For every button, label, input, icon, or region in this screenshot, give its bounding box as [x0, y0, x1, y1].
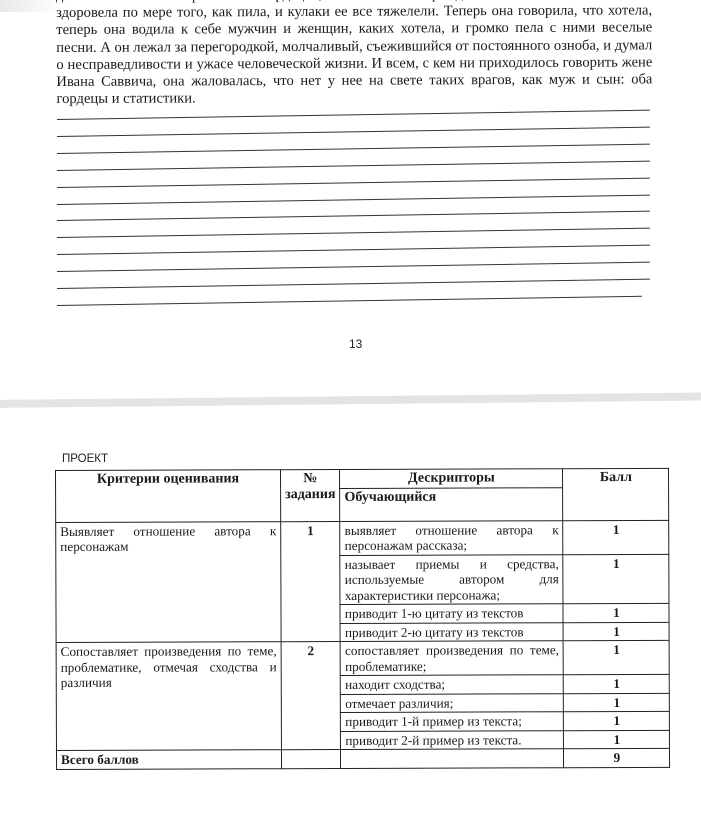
descriptor-cell: выявляет отношение автора к персонажам р… — [340, 520, 563, 555]
total-desc-cell — [341, 749, 564, 768]
paragraph-text: здоровела по мере того, как пила, и кула… — [56, 3, 652, 109]
table-row: Выявляет отношение автора к персонажам1в… — [56, 520, 670, 556]
criterion-cell: Выявляет отношение автора к персонажам — [56, 521, 281, 642]
score-cell: 1 — [564, 693, 670, 712]
total-row: Всего баллов 9 — [56, 748, 669, 769]
descriptor-cell: приводит 1-ю цитату из текстов — [340, 604, 563, 623]
answer-line — [57, 296, 642, 306]
answer-line — [57, 245, 650, 255]
answer-line — [57, 194, 650, 204]
answer-line — [57, 110, 650, 120]
table-header-row: Критерии оценивания № задания Дескриптор… — [56, 468, 669, 489]
answer-line — [57, 279, 650, 289]
total-task-cell — [281, 750, 340, 769]
answer-line — [57, 127, 650, 137]
header-descriptors: Дескрипторы — [340, 469, 563, 488]
descriptor-cell: отмечает различия; — [341, 693, 564, 712]
score-cell: 1 — [563, 554, 669, 604]
descriptor-cell: находит сходства; — [341, 675, 564, 694]
page-number: 13 — [349, 337, 362, 351]
score-cell: 1 — [564, 674, 670, 693]
score-cell: 1 — [564, 711, 670, 730]
task-number-cell: 1 — [281, 521, 341, 642]
score-cell: 1 — [564, 640, 670, 674]
score-cell: 1 — [564, 730, 670, 749]
descriptor-cell: приводит 2-ю цитату из текстов — [340, 622, 563, 641]
rubric-table: Критерии оценивания № задания Дескриптор… — [55, 468, 670, 770]
answer-line — [57, 143, 650, 153]
score-cell: 1 — [563, 520, 669, 554]
answer-line — [57, 177, 650, 187]
header-score: Балл — [563, 468, 669, 520]
total-score: 9 — [564, 748, 670, 767]
previous-page: длинноволосых безобразников и гордецов, … — [0, 0, 701, 400]
total-label: Всего баллов — [56, 750, 281, 769]
scan-shadow — [0, 0, 60, 12]
answer-line — [57, 160, 650, 170]
rubric-body: Выявляет отношение автора к персонажам1в… — [56, 520, 670, 751]
descriptor-cell: называет приемы и средства, используемые… — [340, 554, 563, 604]
answer-line — [57, 228, 650, 238]
header-task-number: № задания — [281, 470, 341, 522]
table-row: Сопоставляет произведения по теме, пробл… — [56, 640, 670, 676]
answer-line — [57, 211, 650, 221]
criterion-cell: Сопоставляет произведения по теме, пробл… — [56, 642, 281, 751]
project-label: ПРОЕКТ — [62, 453, 108, 465]
story-excerpt: длинноволосых безобразников и гордецов, … — [56, 0, 653, 108]
descriptor-cell: приводит 1-й пример из текста; — [341, 712, 564, 731]
score-cell: 1 — [563, 622, 669, 641]
descriptor-cell: приводит 2-й пример из текста. — [341, 730, 564, 749]
answer-line — [57, 262, 650, 272]
task-number-cell: 2 — [281, 642, 341, 750]
header-descriptors-sub: Обучающийся — [340, 487, 563, 521]
header-criteria: Критерии оценивания — [56, 470, 281, 522]
descriptor-cell: сопоставляет произведения по теме, пробл… — [341, 641, 564, 676]
score-cell: 1 — [563, 603, 669, 622]
